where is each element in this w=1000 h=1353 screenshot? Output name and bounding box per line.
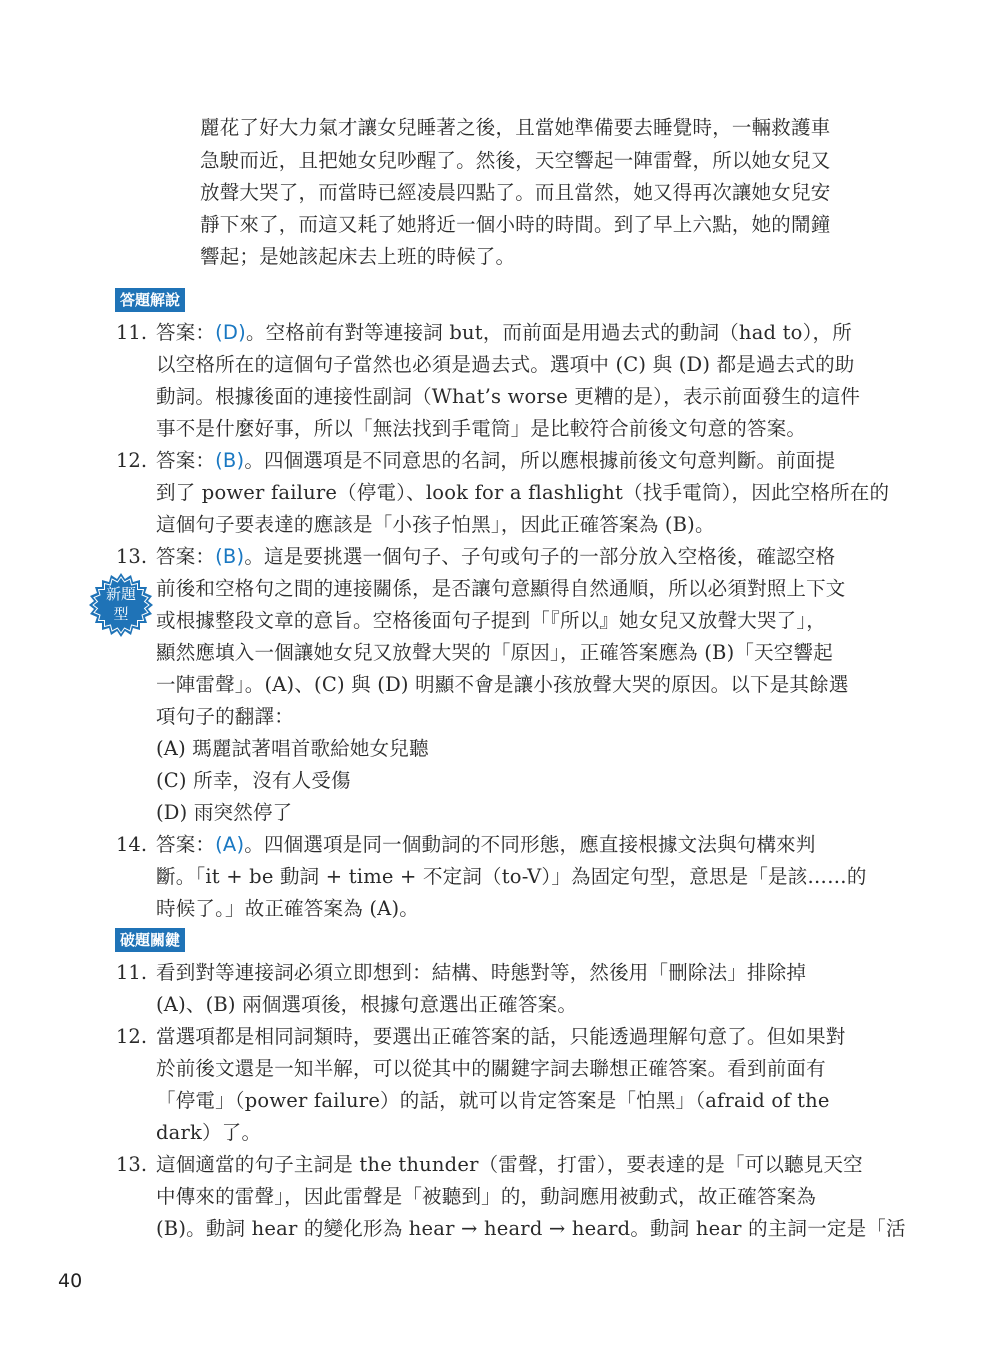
item-number: 13. (116, 1150, 147, 1180)
option-translation: (C) 所幸，沒有人受傷 (156, 766, 351, 796)
passage-line: 放聲大哭了，而當時已經凌晨四點了。而且當然，她又得再次讓她女兒安 (200, 178, 830, 208)
answer-prefix: 答案： (156, 449, 215, 472)
explanation-line: 或根據整段文章的意旨。空格後面句子提到「『所以』她女兒又放聲大哭了」， (156, 606, 826, 636)
explanation-line: 斷。「it + be 動詞 + time + 不定詞（to-V）」為固定句型，意… (156, 862, 867, 892)
answer-prefix: 答案： (156, 833, 215, 856)
explanation-text: 。這是要挑選一個句子、子句或句子的一部分放入空格後，確認空格 (244, 545, 835, 568)
new-question-type-badge: 新題型 (88, 572, 154, 638)
explanation-text: 。空格前有對等連接詞 but，而前面是用過去式的動詞（had to），所 (246, 321, 852, 344)
answer-value: (B) (215, 449, 244, 472)
explanation-line: 項句子的翻譯： (156, 702, 294, 732)
answer-value: (B) (215, 545, 244, 568)
explanation-first-line: 答案：(D)。空格前有對等連接詞 but，而前面是用過去式的動詞（had to）… (156, 318, 852, 348)
explanation-line: 一陣雷聲」。(A)、(C) 與 (D) 明顯不會是讓小孩放聲大哭的原因。以下是其… (156, 670, 849, 700)
item-number: 11. (116, 958, 147, 988)
explanation-line: 動詞。根據後面的連接性副詞（What’s worse 更糟的是），表示前面發生的… (156, 382, 860, 412)
item-number: 12. (116, 1022, 147, 1052)
document-page: 麗花了好大力氣才讓女兒睡著之後，且當她準備要去睡覺時，一輛救護車 急駛而近，且把… (0, 0, 1000, 1353)
option-translation: (A) 瑪麗試著唱首歌給她女兒聽 (156, 734, 429, 764)
explanation-text: 。四個選項是同一個動詞的不同形態，應直接根據文法與句構來判 (244, 833, 815, 856)
passage-line: 響起；是她該起床去上班的時候了。 (200, 242, 515, 272)
page-number: 40 (58, 1270, 82, 1292)
explanation-line: 時候了。」故正確答案為 (A)。 (156, 894, 419, 924)
key-point-line: 中傳來的雷聲」，因此雷聲是「被聽到」的，動詞應用被動式，故正確答案為 (156, 1182, 816, 1212)
explanation-first-line: 答案：(A)。四個選項是同一個動詞的不同形態，應直接根據文法與句構來判 (156, 830, 816, 860)
option-translation: (D) 雨突然停了 (156, 798, 292, 828)
explanation-line: 前後和空格句之間的連接關係，是否讓句意顯得自然通順，所以必須對照上下文 (156, 574, 846, 604)
explanation-first-line: 答案：(B)。這是要挑選一個句子、子句或句子的一部分放入空格後，確認空格 (156, 542, 835, 572)
explanation-first-line: 答案：(B)。四個選項是不同意思的名詞，所以應根據前後文句意判斷。前面提 (156, 446, 835, 476)
passage-line: 麗花了好大力氣才讓女兒睡著之後，且當她準備要去睡覺時，一輛救護車 (200, 113, 830, 143)
badge-label: 新題型 (88, 584, 154, 624)
key-point-line: 這個適當的句子主詞是 the thunder（雷聲，打雷），要表達的是「可以聽見… (156, 1150, 863, 1180)
key-point-line: 看到對等連接詞必須立即想到：結構、時態對等，然後用「刪除法」排除掉 (156, 958, 806, 988)
explanation-line: 到了 power failure（停電）、look for a flashlig… (156, 478, 889, 508)
item-number: 12. (116, 446, 147, 476)
explanation-line: 事不是什麼好事，所以「無法找到手電筒」是比較符合前後文句意的答案。 (156, 414, 806, 444)
key-point-line: 「停電」（power failure）的話，就可以肯定答案是「怕黑」（afrai… (156, 1086, 830, 1116)
key-point-line: 於前後文還是一知半解，可以從其中的關鍵字詞去聯想正確答案。看到前面有 (156, 1054, 826, 1084)
explanation-line: 顯然應填入一個讓她女兒又放聲大哭的「原因」，正確答案應為 (B)「天空響起 (156, 638, 833, 668)
explanation-line: 這個句子要表達的應該是「小孩子怕黑」，因此正確答案為 (B)。 (156, 510, 715, 540)
key-point-line: 當選項都是相同詞類時，要選出正確答案的話，只能透過理解句意了。但如果對 (156, 1022, 846, 1052)
item-number: 14. (116, 830, 147, 860)
key-point-line: dark）了。 (156, 1118, 261, 1148)
answer-value: (A) (215, 833, 244, 856)
key-point-line: (A)、(B) 兩個選項後，根據句意選出正確答案。 (156, 990, 577, 1020)
passage-line: 急駛而近，且把她女兒吵醒了。然後，天空響起一陣雷聲，所以她女兒又 (200, 146, 830, 176)
item-number: 13. (116, 542, 147, 572)
badge-text: 新題型 (103, 584, 139, 624)
section-label-explanation: 答題解說 (115, 288, 185, 312)
explanation-text: 。四個選項是不同意思的名詞，所以應根據前後文句意判斷。前面提 (244, 449, 835, 472)
item-number: 11. (116, 318, 147, 348)
answer-prefix: 答案： (156, 545, 215, 568)
answer-prefix: 答案： (156, 321, 215, 344)
passage-line: 靜下來了，而這又耗了她將近一個小時的時間。到了早上六點，她的鬧鐘 (200, 210, 830, 240)
answer-value: (D) (215, 321, 246, 344)
key-point-line: (B)。動詞 hear 的變化形為 hear → heard → heard。動… (156, 1214, 906, 1244)
section-label-key-points: 破題關鍵 (115, 928, 185, 952)
explanation-line: 以空格所在的這個句子當然也必須是過去式。選項中 (C) 與 (D) 都是過去式的… (156, 350, 854, 380)
